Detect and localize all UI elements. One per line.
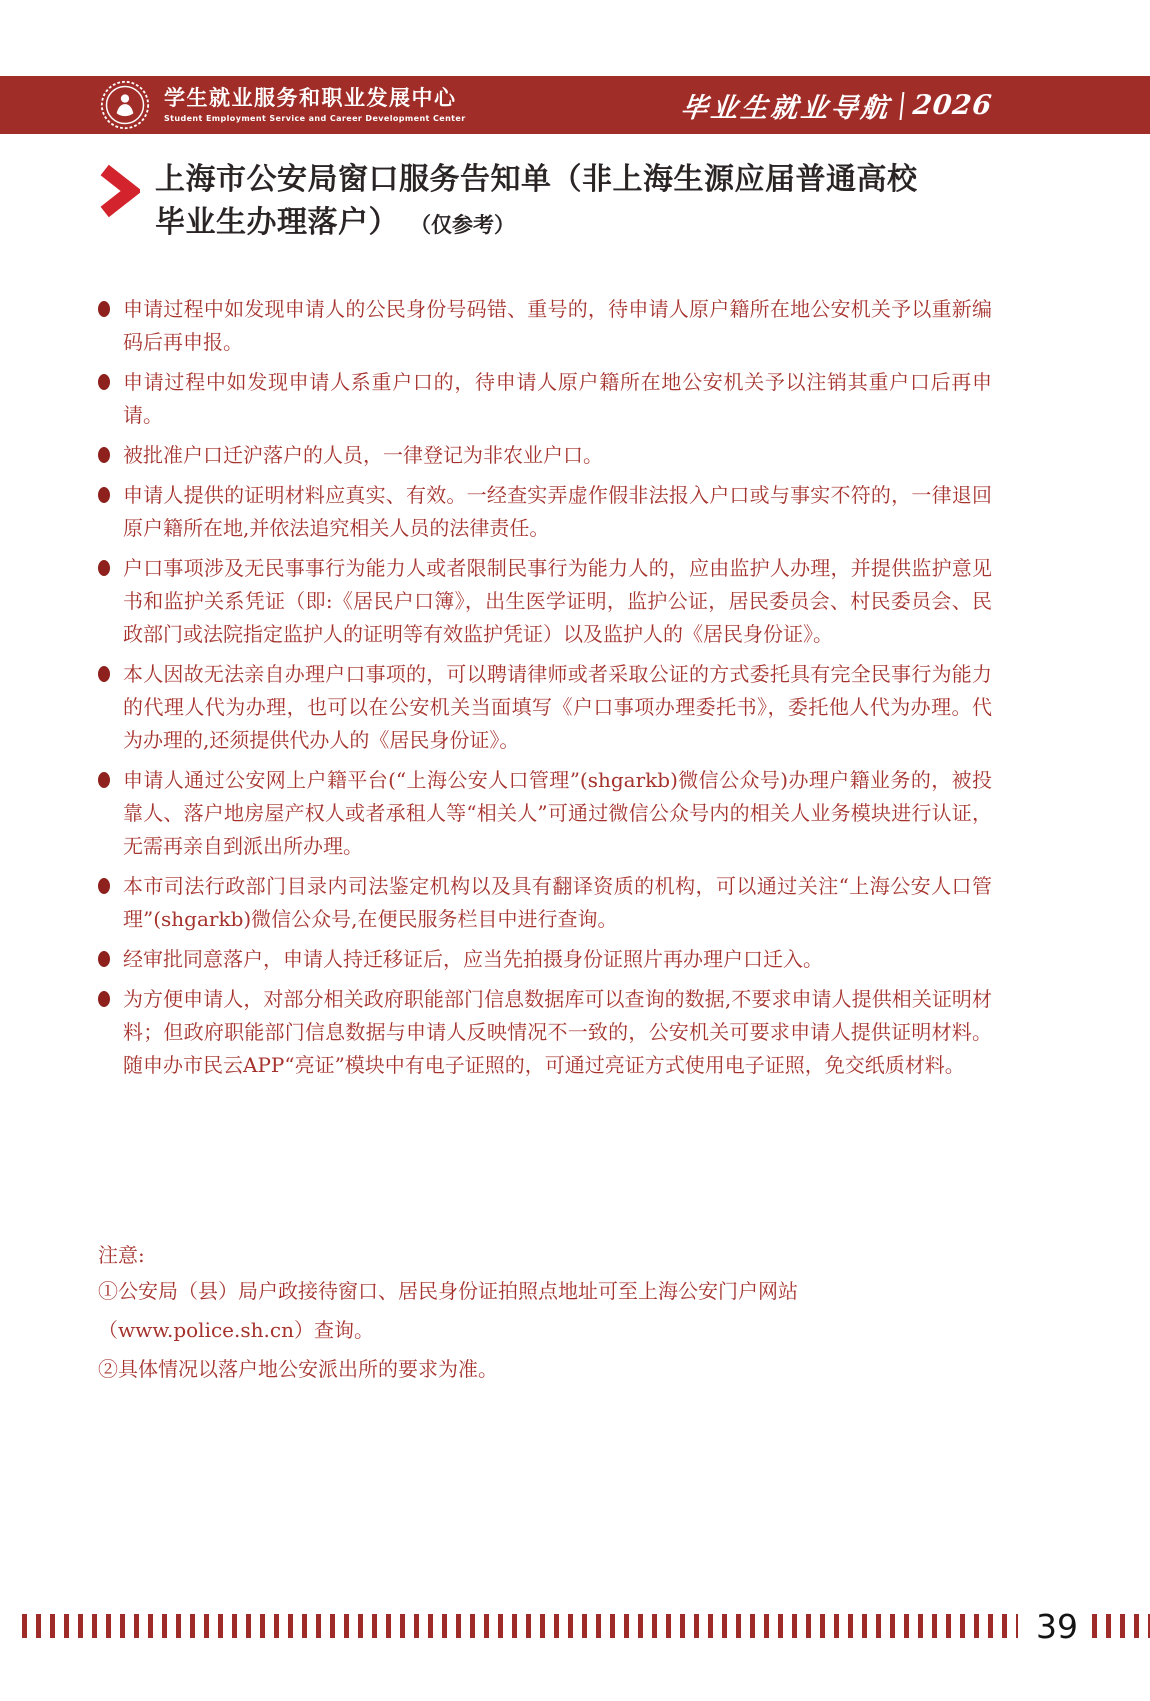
notes-section: 注意: ①公安局（县）局户政接待窗口、居民身份证拍照点地址可至上海公安门户网站 … [98, 1238, 992, 1389]
bullet-dot-icon [98, 374, 110, 390]
list-item-text: 申请人通过公安网上户籍平台(“上海公安人口管理”(shgarkb)微信公众号)办… [123, 764, 992, 863]
footer-tick-strip [1092, 1614, 1150, 1638]
bullet-dot-icon [98, 878, 110, 894]
main-content: 上海市公安局窗口服务告知单（非上海生源应届普通高校 毕业生办理落户） （仅参考）… [98, 158, 992, 1089]
list-item-text: 为方便申请人，对部分相关政府职能部门信息数据库可以查询的数据,不要求申请人提供相… [123, 983, 992, 1082]
note-line-2: （www.police.sh.cn）查询。 [98, 1311, 992, 1350]
title-block: 上海市公安局窗口服务告知单（非上海生源应届普通高校 毕业生办理落户） （仅参考） [98, 158, 992, 247]
page-title-line1: 上海市公安局窗口服务告知单（非上海生源应届普通高校 [155, 162, 918, 197]
list-item: 申请过程中如发现申请人系重户口的，待申请人原户籍所在地公安机关予以注销其重户口后… [98, 366, 992, 432]
list-item-text: 申请过程中如发现申请人的公民身份号码错、重号的，待申请人原户籍所在地公安机关予以… [123, 293, 992, 359]
list-item-text: 申请过程中如发现申请人系重户口的，待申请人原户籍所在地公安机关予以注销其重户口后… [123, 366, 992, 432]
list-item-text: 本市司法行政部门目录内司法鉴定机构以及具有翻译资质的机构，可以通过关注“上海公安… [123, 870, 992, 936]
list-item: 户口事项涉及无民事事行为能力人或者限制民事行为能力人的，应由监护人办理，并提供监… [98, 552, 992, 651]
page-footer: 39 [22, 1606, 1150, 1646]
chevron-right-icon [98, 162, 140, 220]
list-item: 为方便申请人，对部分相关政府职能部门信息数据库可以查询的数据,不要求申请人提供相… [98, 983, 992, 1082]
document-page: 学生就业服务和职业发展中心 Student Employment Service… [0, 0, 1150, 1701]
footer-tick-strip [22, 1614, 1018, 1638]
list-item-text: 户口事项涉及无民事事行为能力人或者限制民事行为能力人的，应由监护人办理，并提供监… [123, 552, 992, 651]
bullet-dot-icon [98, 560, 110, 576]
bullet-dot-icon [98, 447, 110, 463]
bullet-dot-icon [98, 772, 110, 788]
title-reference-note: （仅参考） [410, 213, 515, 237]
note-line-3: ②具体情况以落户地公安派出所的要求为准。 [98, 1350, 992, 1389]
banner-title: 毕业生就业导航 [679, 86, 893, 125]
banner-year: 2026 [911, 90, 993, 121]
list-item: 申请过程中如发现申请人的公民身份号码错、重号的，待申请人原户籍所在地公安机关予以… [98, 293, 992, 359]
center-seal-icon [100, 80, 150, 130]
list-item: 申请人通过公安网上户籍平台(“上海公安人口管理”(shgarkb)微信公众号)办… [98, 764, 992, 863]
page-title-line2: 毕业生办理落户） [155, 205, 399, 240]
header-band: 学生就业服务和职业发展中心 Student Employment Service… [0, 76, 1150, 134]
list-item-text: 经审批同意落户，申请人持迁移证后，应当先拍摄身份证照片再办理户口迁入。 [123, 943, 992, 976]
list-item: 本市司法行政部门目录内司法鉴定机构以及具有翻译资质的机构，可以通过关注“上海公安… [98, 870, 992, 936]
org-name-chinese: 学生就业服务和职业发展中心 [164, 87, 466, 110]
org-name-english: Student Employment Service and Career De… [164, 114, 466, 123]
list-item: 被批准户口迁沪落户的人员，一律登记为非农业户口。 [98, 439, 992, 472]
list-item-text: 本人因故无法亲自办理户口事项的，可以聘请律师或者采取公证的方式委托具有完全民事行… [123, 658, 992, 757]
list-item: 本人因故无法亲自办理户口事项的，可以聘请律师或者采取公证的方式委托具有完全民事行… [98, 658, 992, 757]
bullet-dot-icon [98, 991, 110, 1007]
bullet-dot-icon [98, 487, 110, 503]
note-line-1: ①公安局（县）局户政接待窗口、居民身份证拍照点地址可至上海公安门户网站 [98, 1272, 992, 1311]
list-item-text: 申请人提供的证明材料应真实、有效。一经查实弄虚作假非法报入户口或与事实不符的，一… [123, 479, 992, 545]
list-item: 经审批同意落户，申请人持迁移证后，应当先拍摄身份证照片再办理户口迁入。 [98, 943, 992, 976]
page-title: 上海市公安局窗口服务告知单（非上海生源应届普通高校 毕业生办理落户） （仅参考） [155, 158, 918, 247]
notice-list: 申请过程中如发现申请人的公民身份号码错、重号的，待申请人原户籍所在地公安机关予以… [98, 293, 992, 1082]
header-banner: 毕业生就业导航 2026 [679, 86, 994, 125]
bullet-dot-icon [98, 301, 110, 317]
org-name-block: 学生就业服务和职业发展中心 Student Employment Service… [164, 87, 466, 122]
banner-divider-line [899, 91, 904, 119]
bullet-dot-icon [98, 951, 110, 967]
notes-heading: 注意: [98, 1238, 992, 1272]
header-logo-group: 学生就业服务和职业发展中心 Student Employment Service… [100, 80, 466, 130]
list-item-text: 被批准户口迁沪落户的人员，一律登记为非农业户口。 [123, 439, 992, 472]
page-number: 39 [1036, 1610, 1078, 1643]
list-item: 申请人提供的证明材料应真实、有效。一经查实弄虚作假非法报入户口或与事实不符的，一… [98, 479, 992, 545]
bullet-dot-icon [98, 666, 110, 682]
